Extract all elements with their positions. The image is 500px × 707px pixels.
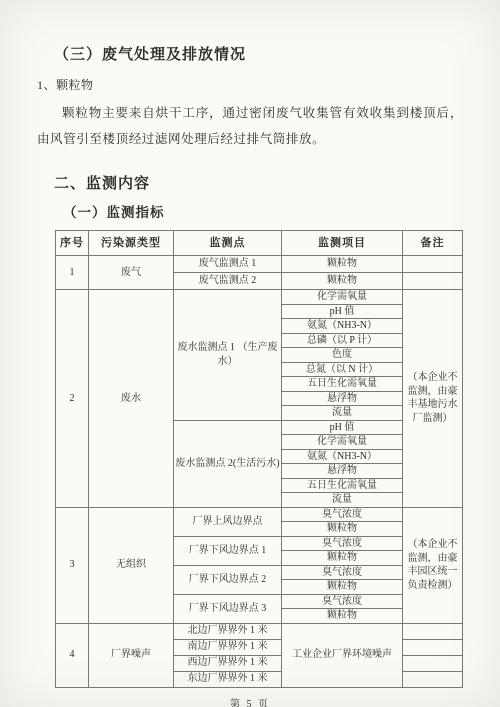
monitor-point-cell: 北边厂界界外 1 米 [174,623,282,639]
monitor-item-cell: 氨氮（NH3-N） [282,449,403,464]
monitor-point-cell: 废气监测点 2 [174,273,282,290]
note-cell [403,639,463,655]
subsection-indicators-title: （一）监测指标 [63,204,463,221]
monitor-point-cell: 西边厂界界外 1 米 [174,655,282,671]
seq-cell: 4 [56,623,89,687]
monitor-item-cell: 悬浮物 [282,464,403,479]
source-type-cell: 厂界噪声 [89,623,174,687]
seq-cell: 1 [56,256,89,290]
monitor-point-cell: 厂界下风边界点 3 [174,594,282,623]
note-cell: （本企业不监测，由豪丰基地污水厂监测） [403,290,463,508]
monitor-point-cell: 厂界下风边界点 2 [174,565,282,594]
source-type-cell: 无组织 [89,507,174,623]
monitor-item-cell: 总氮（以 N 计） [282,362,403,377]
monitor-item-cell: pH 值 [282,420,403,435]
note-cell [403,623,463,639]
monitor-item-cell: 工业企业厂界环境噪声 [282,623,403,687]
monitor-point-cell: 废水监测点 1 （生产废水） [174,290,282,421]
table-row: 4厂界噪声北边厂界界外 1 米工业企业厂界环境噪声 [56,623,463,639]
particulate-paragraph: 颗粒物主要来自烘干工序，通过密闭废气收集管有效收集到楼顶后，由风管引至楼顶经过滤… [37,100,463,152]
note-cell [403,655,463,671]
monitor-item-cell: 五日生化需氧量 [282,377,403,392]
table-row: 3无组织厂界上风边界点臭气浓度（本企业不监测，由豪丰园区统一负责检测） [56,507,463,522]
section-waste-gas-title: （三）废气处理及排放情况 [54,46,463,64]
table-row: 1废气废气监测点 1颗粒物 [56,256,463,273]
source-type-cell: 废水 [89,290,174,508]
table-row: 2废水废水监测点 1 （生产废水）化学需氧量（本企业不监测，由豪丰基地污水厂监测… [56,290,463,305]
monitor-item-cell: 化学需氧量 [282,290,403,305]
column-header: 备注 [403,231,463,256]
monitoring-table: 序号污染源类型监测点监测项目备注 1废气废气监测点 1颗粒物废气监测点 2颗粒物… [55,230,463,688]
column-header: 监测点 [174,231,282,256]
monitor-item-cell: 色度 [282,348,403,363]
monitor-item-cell: 颗粒物 [282,522,403,537]
column-header: 监测项目 [282,231,403,256]
document-page: （三）废气处理及排放情况 1、颗粒物 颗粒物主要来自烘干工序，通过密闭废气收集管… [0,0,500,707]
table-header-row: 序号污染源类型监测点监测项目备注 [56,231,463,256]
note-cell [403,273,463,290]
monitor-item-cell: 颗粒物 [282,273,403,290]
note-cell: （本企业不监测，由豪丰园区统一负责检测） [403,507,463,623]
column-header: 污染源类型 [89,231,174,256]
source-type-cell: 废气 [89,256,174,290]
seq-cell: 2 [56,290,89,508]
monitor-item-cell: 流量 [282,493,403,508]
monitor-point-cell: 厂界下风边界点 1 [174,536,282,565]
particulate-heading: 1、颗粒物 [37,78,463,92]
monitor-item-cell: 化学需氧量 [282,435,403,450]
section-monitoring-title: 二、监测内容 [54,175,463,193]
monitor-item-cell: 总磷（以 P 计） [282,333,403,348]
monitor-item-cell: 流量 [282,406,403,421]
monitoring-table-body: 1废气废气监测点 1颗粒物废气监测点 2颗粒物2废水废水监测点 1 （生产废水）… [56,256,463,688]
monitor-item-cell: 颗粒物 [282,256,403,273]
monitor-item-cell: 臭气浓度 [282,565,403,580]
monitor-item-cell: 悬浮物 [282,391,403,406]
monitor-item-cell: 颗粒物 [282,551,403,566]
monitor-point-cell: 东边厂界界外 1 米 [174,671,282,687]
monitor-point-cell: 废气监测点 1 [174,256,282,273]
monitor-item-cell: 颗粒物 [282,580,403,595]
column-header: 序号 [56,231,89,256]
monitor-item-cell: 五日生化需氧量 [282,478,403,493]
note-cell [403,671,463,687]
monitor-item-cell: 颗粒物 [282,609,403,624]
monitor-item-cell: 氨氮（NH3-N） [282,319,403,334]
monitor-item-cell: 臭气浓度 [282,507,403,522]
monitor-point-cell: 废水监测点 2(生活污水) [174,420,282,507]
monitor-point-cell: 厂界上风边界点 [174,507,282,536]
monitor-item-cell: 臭气浓度 [282,594,403,609]
monitor-point-cell: 南边厂界界外 1 米 [174,639,282,655]
note-cell [403,256,463,273]
page-number: 第 5 页 [37,695,463,707]
monitor-item-cell: 臭气浓度 [282,536,403,551]
monitor-item-cell: pH 值 [282,304,403,319]
seq-cell: 3 [56,507,89,623]
